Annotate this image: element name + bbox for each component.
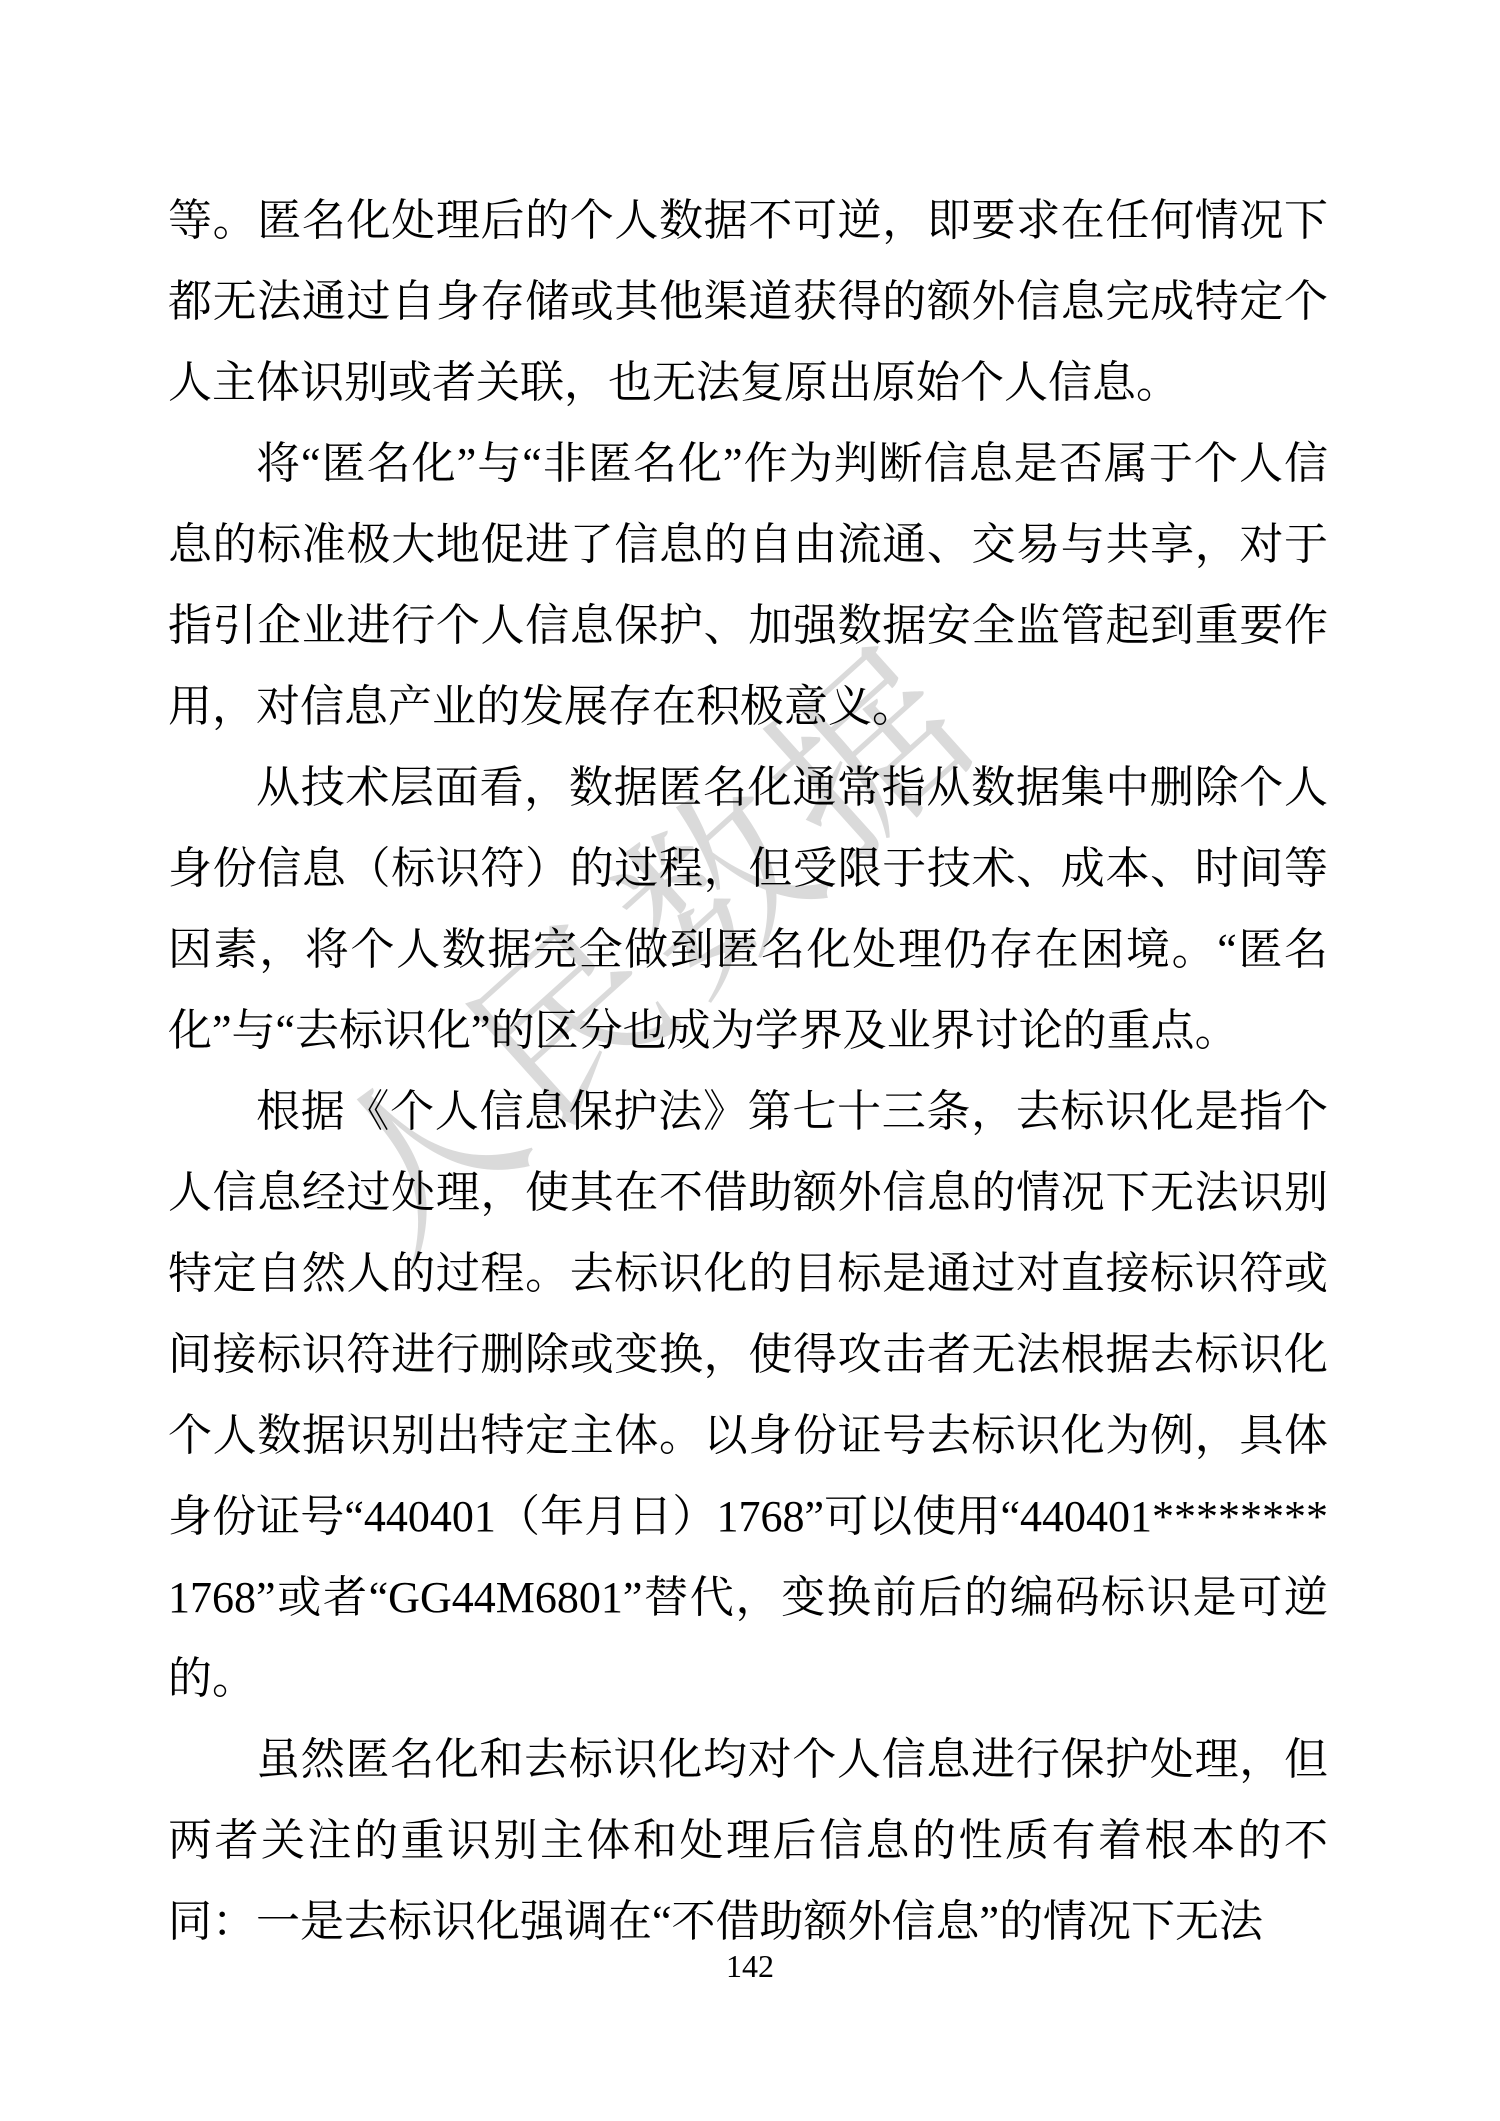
paragraph-anonymization-irreversible: 等。匿名化处理后的个人数据不可逆，即要求在任何情况下都无法通过自身存储或其他渠道…	[168, 180, 1328, 423]
document-page: 人民数据 等。匿名化处理后的个人数据不可逆，即要求在任何情况下都无法通过自身存储…	[0, 0, 1500, 2121]
document-content: 等。匿名化处理后的个人数据不可逆，即要求在任何情况下都无法通过自身存储或其他渠道…	[168, 180, 1328, 1962]
paragraph-anonymization-standard: 将“匿名化”与“非匿名化”作为判断信息是否属于个人信息的标准极大地促进了信息的自…	[168, 423, 1328, 747]
paragraph-comparison: 虽然匿名化和去标识化均对个人信息进行保护处理，但两者关注的重识别主体和处理后信息…	[168, 1719, 1328, 1962]
page-number: 142	[0, 1948, 1500, 1985]
paragraph-pipl-article-73: 根据《个人信息保护法》第七十三条，去标识化是指个人信息经过处理，使其在不借助额外…	[168, 1071, 1328, 1719]
paragraph-technical-view: 从技术层面看，数据匿名化通常指从数据集中删除个人身份信息（标识符）的过程，但受限…	[168, 747, 1328, 1071]
